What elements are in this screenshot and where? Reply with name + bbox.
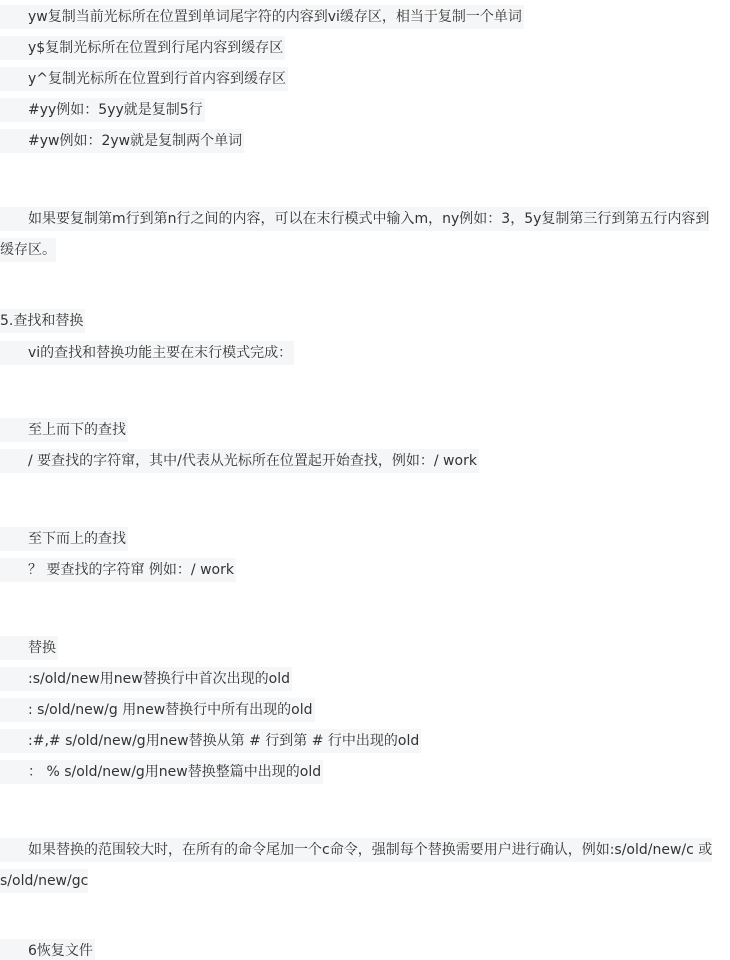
replace-command-line: ： % s/old/new/g用new替换整篇中出现的old [0,760,323,784]
description-line: ？ 要查找的字符窜 例如：/ work [0,558,236,582]
replace-first: :s/old/new用new替换行中首次出现的old [0,667,292,691]
subheading: 替换 [0,636,58,660]
subheading: 至下而上的查找 [0,527,128,551]
replace-confirm-text: 如果替换的范围较大时，在所有的命令尾加一个c命令，强制每个替换需要用户进行确认，… [0,842,712,889]
section-intro: vi的查找和替换功能主要在末行模式完成： [0,341,294,365]
replace-whole-file: ： % s/old/new/g用new替换整篇中出现的old [0,760,323,784]
subheading: 至上而下的查找 [0,418,128,442]
copy-command-line: y^复制光标所在位置到行首内容到缓存区 [0,67,288,91]
replace-confirm-paragraph: 如果替换的范围较大时，在所有的命令尾加一个c命令，强制每个替换需要用户进行确认，… [0,835,722,897]
copy-command-line: #yw例如：2yw就是复制两个单词 [0,129,244,153]
copy-range-paragraph: 如果要复制第m行到第n行之间的内容，可以在末行模式中输入m，ny例如：3，5y复… [0,204,722,266]
search-down-title: 至上而下的查找 [0,418,128,442]
section-5-title: 5.查找和替换 [0,309,85,333]
section-heading: 5.查找和替换 [0,309,85,333]
copy-example-yy: #yy例如：5yy就是复制5行 [0,98,205,122]
replace-command-line: : s/old/new/g 用new替换行中所有出现的old [0,698,315,722]
copy-command-y-caret: y^复制光标所在位置到行首内容到缓存区 [0,67,288,91]
copy-command-yw: yw复制当前光标所在位置到单词尾字符的内容到vi缓存区，相当于复制一个单词 [0,5,524,29]
search-up-title: 至下而上的查找 [0,527,128,551]
copy-example-yw: #yw例如：2yw就是复制两个单词 [0,129,244,153]
copy-command-line: #yy例如：5yy就是复制5行 [0,98,205,122]
replace-command-line: :#,# s/old/new/g用new替换从第 # 行到第 # 行中出现的ol… [0,729,421,753]
replace-line-all: : s/old/new/g 用new替换行中所有出现的old [0,698,315,722]
section-6-title: 6恢复文件 [0,939,95,960]
copy-command-y-dollar: y$复制光标所在位置到行尾内容到缓存区 [0,36,285,60]
description-line: / 要查找的字符窜，其中/代表从光标所在位置起开始查找，例如：/ work [0,449,479,473]
replace-command-line: :s/old/new用new替换行中首次出现的old [0,667,292,691]
copy-command-line: yw复制当前光标所在位置到单词尾字符的内容到vi缓存区，相当于复制一个单词 [0,5,524,29]
search-up-desc: ？ 要查找的字符窜 例如：/ work [0,558,236,582]
section-5-intro: vi的查找和替换功能主要在末行模式完成： [0,341,294,365]
copy-command-line: y$复制光标所在位置到行尾内容到缓存区 [0,36,285,60]
replace-range: :#,# s/old/new/g用new替换从第 # 行到第 # 行中出现的ol… [0,729,421,753]
section-heading: 6恢复文件 [0,939,95,960]
search-down-desc: / 要查找的字符窜，其中/代表从光标所在位置起开始查找，例如：/ work [0,449,479,473]
replace-title: 替换 [0,636,58,660]
copy-range-text: 如果要复制第m行到第n行之间的内容，可以在末行模式中输入m，ny例如：3，5y复… [0,211,709,258]
